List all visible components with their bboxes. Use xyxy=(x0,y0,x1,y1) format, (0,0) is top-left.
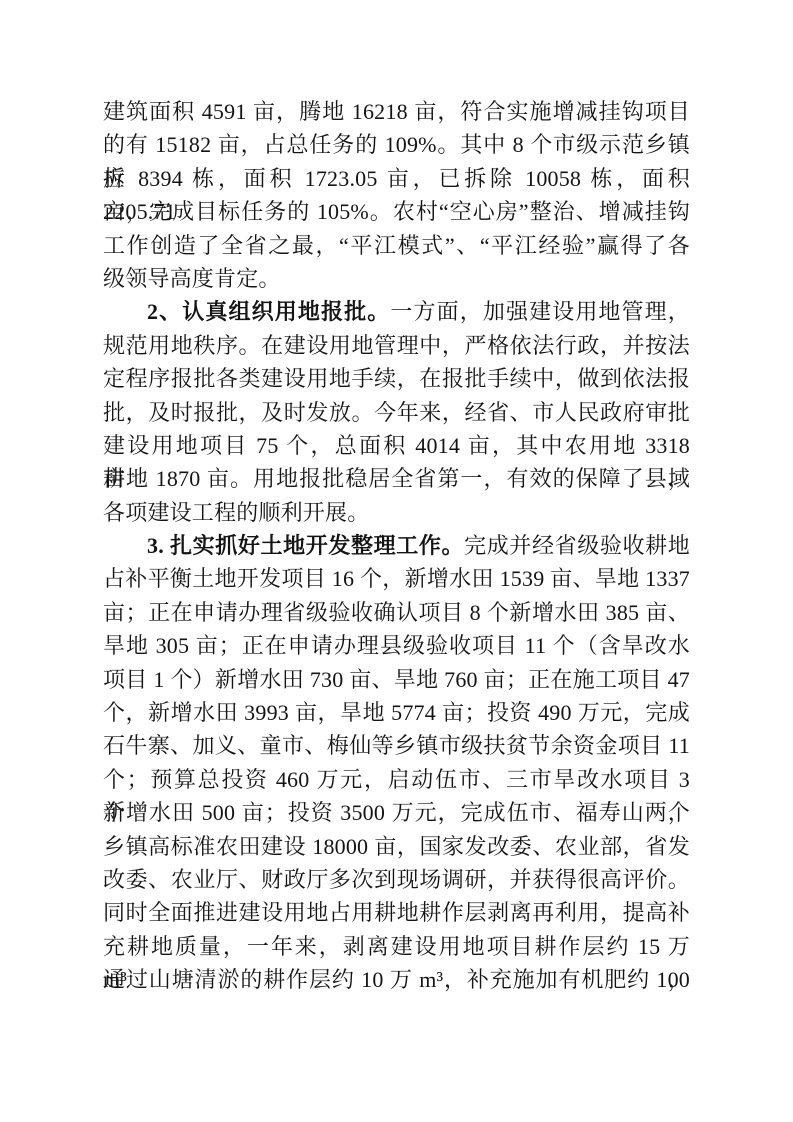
text-line: 拆 8394 栋，面积 1723.05 亩，已拆除 10058 栋，面积 220… xyxy=(103,162,690,195)
text-run: 石牛寨、加义、童市、梅仙等乡镇市级扶贫节余资金项目 11 xyxy=(103,733,690,758)
text-run: 旱地 305 亩；正在申请办理县级验收项目 11 个（含旱改水 xyxy=(103,633,690,658)
text-line: 建筑面积 4591 亩，腾地 16218 亩，符合实施增减挂钩项目 xyxy=(103,95,690,128)
text-line: 项目 1 个）新增水田 730 亩、旱地 760 亩；正在施工项目 47 xyxy=(103,663,690,696)
text-line: 工作创造了全省之最，“平江模式”、“平江经验”赢得了各 xyxy=(103,229,690,262)
text-line: 亩；正在申请办理省级验收确认项目 8 个新增水田 385 亩、 xyxy=(103,596,690,629)
text-run: 一方面，加强建设用地管理， xyxy=(390,299,690,324)
text-line: 亩，完成目标任务的 105%。农村“空心房”整治、增减挂钩 xyxy=(103,195,690,228)
text-line: 改委、农业厅、财政厅多次到现场调研，并获得很高评价。 xyxy=(103,863,690,896)
text-line: 批，及时报批，及时发放。今年来，经省、市人民政府审批 xyxy=(103,396,690,429)
text-run: 占补平衡土地开发项目 16 个，新增水田 1539 亩、旱地 1337 xyxy=(103,566,690,591)
text-run: 亩，完成目标任务的 105%。农村“空心房”整治、增减挂钩 xyxy=(103,199,690,224)
text-line: 2、认真组织用地报批。一方面，加强建设用地管理， xyxy=(103,295,690,328)
text-run: 各项建设工程的顺利开展。 xyxy=(103,500,369,525)
text-run: 工作创造了全省之最，“平江模式”、“平江经验”赢得了各 xyxy=(103,233,690,258)
paragraph-heading-run: 3. 扎实抓好土地开发整理工作。 xyxy=(147,533,464,558)
document-page: 建筑面积 4591 亩，腾地 16218 亩，符合实施增减挂钩项目的有 1518… xyxy=(0,0,793,1122)
text-line: 3. 扎实抓好土地开发整理工作。完成并经省级验收耕地 xyxy=(103,529,690,562)
text-run: 规范用地秩序。在建设用地管理中，严格依法行政，并按法 xyxy=(103,333,690,358)
text-line: 耕地 1870 亩。用地报批稳居全省第一，有效的保障了县域 xyxy=(103,462,690,495)
text-run: 乡镇高标准农田建设 18000 亩，国家发改委、农业部，省发 xyxy=(103,834,690,859)
text-run: 个，新增水田 3993 亩，旱地 5774 亩；投资 490 万元，完成 xyxy=(103,700,690,725)
text-line: 个，新增水田 3993 亩，旱地 5774 亩；投资 490 万元，完成 xyxy=(103,696,690,729)
paragraph-heading-run: 2、认真组织用地报批。 xyxy=(147,299,390,324)
text-line: 乡镇高标准农田建设 18000 亩，国家发改委、农业部，省发 xyxy=(103,830,690,863)
text-line: 占补平衡土地开发项目 16 个，新增水田 1539 亩、旱地 1337 xyxy=(103,562,690,595)
text-line: 个；预算总投资 460 万元，启动伍市、三市旱改水项目 3 个， xyxy=(103,763,690,796)
text-line: 同时全面推进建设用地占用耕地耕作层剥离再利用，提高补 xyxy=(103,896,690,929)
text-line: 新增水田 500 亩；投资 3500 万元，完成伍市、福寿山两个 xyxy=(103,796,690,829)
text-run: 亩；正在申请办理省级验收确认项目 8 个新增水田 385 亩、 xyxy=(103,600,690,625)
text-run: 建筑面积 4591 亩，腾地 16218 亩，符合实施增减挂钩项目 xyxy=(103,99,690,124)
text-run: 完成并经省级验收耕地 xyxy=(464,533,690,558)
text-run: 耕地 1870 亩。用地报批稳居全省第一，有效的保障了县域 xyxy=(103,466,690,491)
text-line: 充耕地质量，一年来，剥离建设用地项目耕作层约 15 万 m³， xyxy=(103,930,690,963)
text-run: 定程序报批各类建设用地手续，在报批手续中，做到依法报 xyxy=(103,366,690,391)
text-line: 旱地 305 亩；正在申请办理县级验收项目 11 个（含旱改水 xyxy=(103,629,690,662)
text-line: 通过山塘清淤的耕作层约 10 万 m³，补充施加有机肥约 100 xyxy=(103,963,690,996)
text-line: 石牛寨、加义、童市、梅仙等乡镇市级扶贫节余资金项目 11 xyxy=(103,729,690,762)
text-line: 定程序报批各类建设用地手续，在报批手续中，做到依法报 xyxy=(103,362,690,395)
text-run: 项目 1 个）新增水田 730 亩、旱地 760 亩；正在施工项目 47 xyxy=(103,667,690,692)
text-line: 级领导高度肯定。 xyxy=(103,262,690,295)
document-text-block: 建筑面积 4591 亩，腾地 16218 亩，符合实施增减挂钩项目的有 1518… xyxy=(103,95,690,997)
text-line: 规范用地秩序。在建设用地管理中，严格依法行政，并按法 xyxy=(103,329,690,362)
text-line: 建设用地项目 75 个，总面积 4014 亩，其中农用地 3318 亩， xyxy=(103,429,690,462)
text-run: 级领导高度肯定。 xyxy=(103,266,281,291)
text-run: 同时全面推进建设用地占用耕地耕作层剥离再利用，提高补 xyxy=(103,900,690,925)
text-line: 各项建设工程的顺利开展。 xyxy=(103,496,690,529)
text-run: 批，及时报批，及时发放。今年来，经省、市人民政府审批 xyxy=(103,400,690,425)
text-run: 改委、农业厅、财政厅多次到现场调研，并获得很高评价。 xyxy=(103,867,690,892)
text-run: 通过山塘清淤的耕作层约 10 万 m³，补充施加有机肥约 100 xyxy=(103,967,690,992)
text-line: 的有 15182 亩，占总任务的 109%。其中 8 个市级示范乡镇应 xyxy=(103,128,690,161)
text-run: 新增水田 500 亩；投资 3500 万元，完成伍市、福寿山两个 xyxy=(103,800,690,825)
